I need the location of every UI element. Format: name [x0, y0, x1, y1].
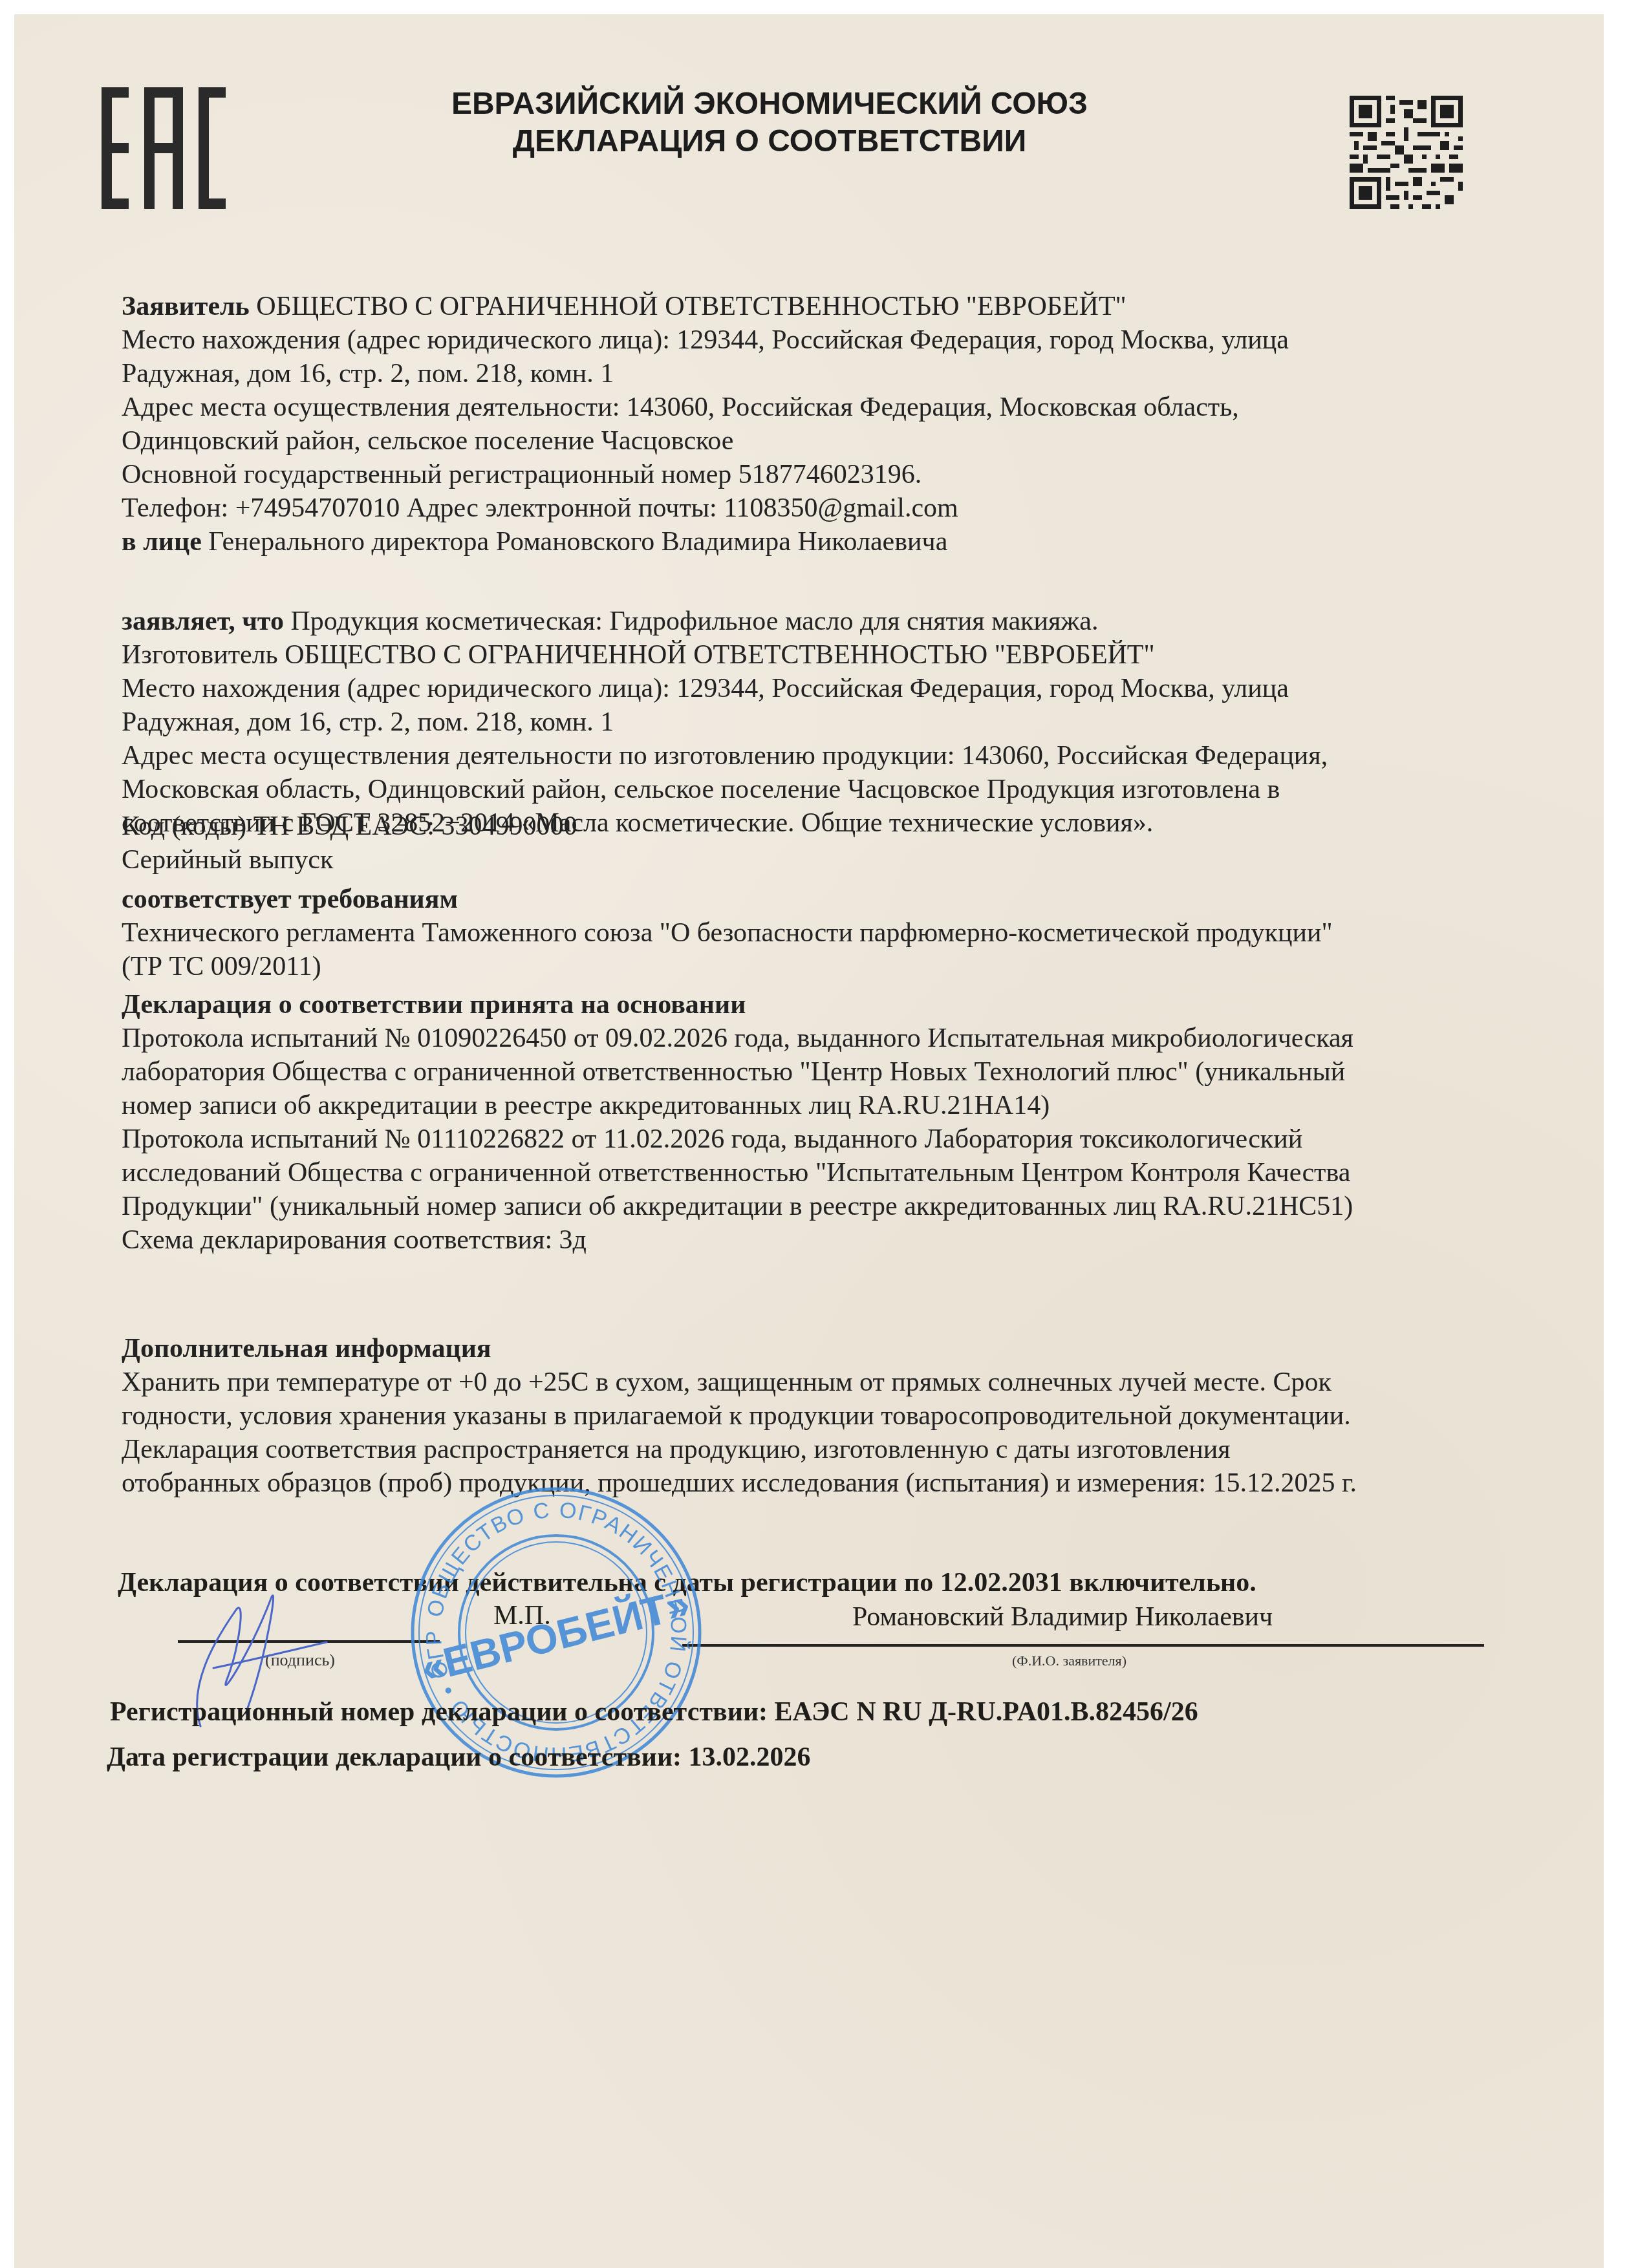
applicant-activity-address-1: Адрес места осуществления деятельности: … — [122, 390, 1486, 424]
applicant-name: ОБЩЕСТВО С ОГРАНИЧЕННОЙ ОТВЕТСТВЕННОСТЬЮ… — [250, 292, 1126, 321]
protocol2-line1: Протокола испытаний № 01110226822 от 11.… — [122, 1122, 1486, 1156]
registration-date: Дата регистрации декларации о соответств… — [107, 1740, 811, 1774]
applicant-representative-line: в лице Генерального директора Романовско… — [122, 525, 1486, 559]
regulation-line-1: Технического регламента Таможенного союз… — [122, 916, 1486, 950]
release-type: Серийный выпуск — [122, 843, 1486, 877]
representative-name: Генерального директора Романовского Влад… — [202, 527, 948, 557]
name-line — [682, 1644, 1484, 1647]
applicant-line: Заявитель ОБЩЕСТВО С ОГРАНИЧЕННОЙ ОТВЕТС… — [122, 290, 1486, 323]
additional-line-3: Декларация соответствия распространяется… — [122, 1433, 1486, 1466]
protocol1-line3: номер записи об аккредитации в реестре а… — [122, 1089, 1486, 1122]
product-section: заявляет, что Продукция косметическая: Г… — [122, 604, 1486, 840]
code-section: Код (коды) ТН ВЭД ЕАЭС: 3304990000 Серий… — [122, 809, 1486, 877]
qr-code-icon[interactable] — [1350, 94, 1463, 210]
applicant-legal-address-1: Место нахождения (адрес юридического лиц… — [122, 323, 1486, 357]
company-seal-icon: ОБЩЕСТВО С ОГРАНИЧЕННОЙ ОТВЕТСТВЕННОСТЬЮ… — [407, 1481, 705, 1784]
tn-ved-code: Код (коды) ТН ВЭД ЕАЭС: 3304990000 — [122, 809, 1486, 843]
regulation-line-2: (ТР ТС 009/2011) — [122, 950, 1486, 983]
basis-section: Декларация о соответствии принята на осн… — [122, 988, 1486, 1257]
stamp-center-text: «ЕВРОБЕЙТ» — [416, 1579, 695, 1692]
eac-logo-icon — [102, 87, 226, 209]
applicant-section: Заявитель ОБЩЕСТВО С ОГРАНИЧЕННОЙ ОТВЕТС… — [122, 290, 1486, 559]
additional-info-label: Дополнительная информация — [122, 1332, 1486, 1365]
protocol1-line2: лаборатория Общества с ограниченной отве… — [122, 1055, 1486, 1089]
manufacturer-name: Изготовитель ОБЩЕСТВО С ОГРАНИЧЕННОЙ ОТВ… — [122, 638, 1486, 672]
title-union: ЕВРАЗИЙСКИЙ ЭКОНОМИЧЕСКИЙ СОЮЗ — [362, 85, 1177, 123]
conformity-section: соответствует требованиям Технического р… — [122, 883, 1486, 983]
document-title: ЕВРАЗИЙСКИЙ ЭКОНОМИЧЕСКИЙ СОЮЗ ДЕКЛАРАЦИ… — [362, 85, 1177, 160]
production-address-2: Московская область, Одинцовский район, с… — [122, 773, 1486, 806]
protocol2-line2: исследований Общества с ограниченной отв… — [122, 1156, 1486, 1190]
additional-line-1: Хранить при температуре от +0 до +25С в … — [122, 1365, 1486, 1399]
name-caption: (Ф.И.О. заявителя) — [1012, 1653, 1126, 1669]
product-declaration-line: заявляет, что Продукция косметическая: Г… — [122, 604, 1486, 638]
declaration-scheme: Схема декларирования соответствия: 3д — [122, 1223, 1486, 1257]
signer-name: Романовский Владимир Николаевич — [852, 1601, 1273, 1632]
applicant-label: Заявитель — [122, 292, 250, 321]
applicant-activity-address-2: Одинцовский район, сельское поселение Ча… — [122, 424, 1486, 458]
declares-label: заявляет, что — [122, 606, 284, 636]
manufacturer-legal-address-2: Радужная, дом 16, стр. 2, пом. 218, комн… — [122, 705, 1486, 739]
manufacturer-legal-address-1: Место нахождения (адрес юридического лиц… — [122, 672, 1486, 705]
registration-number: Регистрационный номер декларации о соотв… — [110, 1695, 1198, 1729]
basis-label: Декларация о соответствии принята на осн… — [122, 988, 1486, 1022]
title-declaration: ДЕКЛАРАЦИЯ О СООТВЕТСТВИИ — [362, 123, 1177, 160]
product-description: Продукция косметическая: Гидрофильное ма… — [284, 606, 1099, 636]
representative-label: в лице — [122, 527, 202, 557]
additional-line-4: отобранных образцов (проб) продукции, пр… — [122, 1466, 1486, 1500]
applicant-legal-address-2: Радужная, дом 16, стр. 2, пом. 218, комн… — [122, 357, 1486, 390]
additional-info-section: Дополнительная информация Хранить при те… — [122, 1332, 1486, 1500]
conformity-label: соответствует требованиям — [122, 883, 1486, 916]
protocol2-line3: Продукции" (уникальный номер записи об а… — [122, 1190, 1486, 1223]
applicant-ogrn: Основной государственный регистрационный… — [122, 458, 1486, 491]
additional-line-2: годности, условия хранения указаны в при… — [122, 1399, 1486, 1433]
applicant-contacts: Телефон: +74954707010 Адрес электронной … — [122, 491, 1486, 525]
protocol1-line1: Протокола испытаний № 01090226450 от 09.… — [122, 1022, 1486, 1055]
production-address-1: Адрес места осуществления деятельности п… — [122, 739, 1486, 773]
